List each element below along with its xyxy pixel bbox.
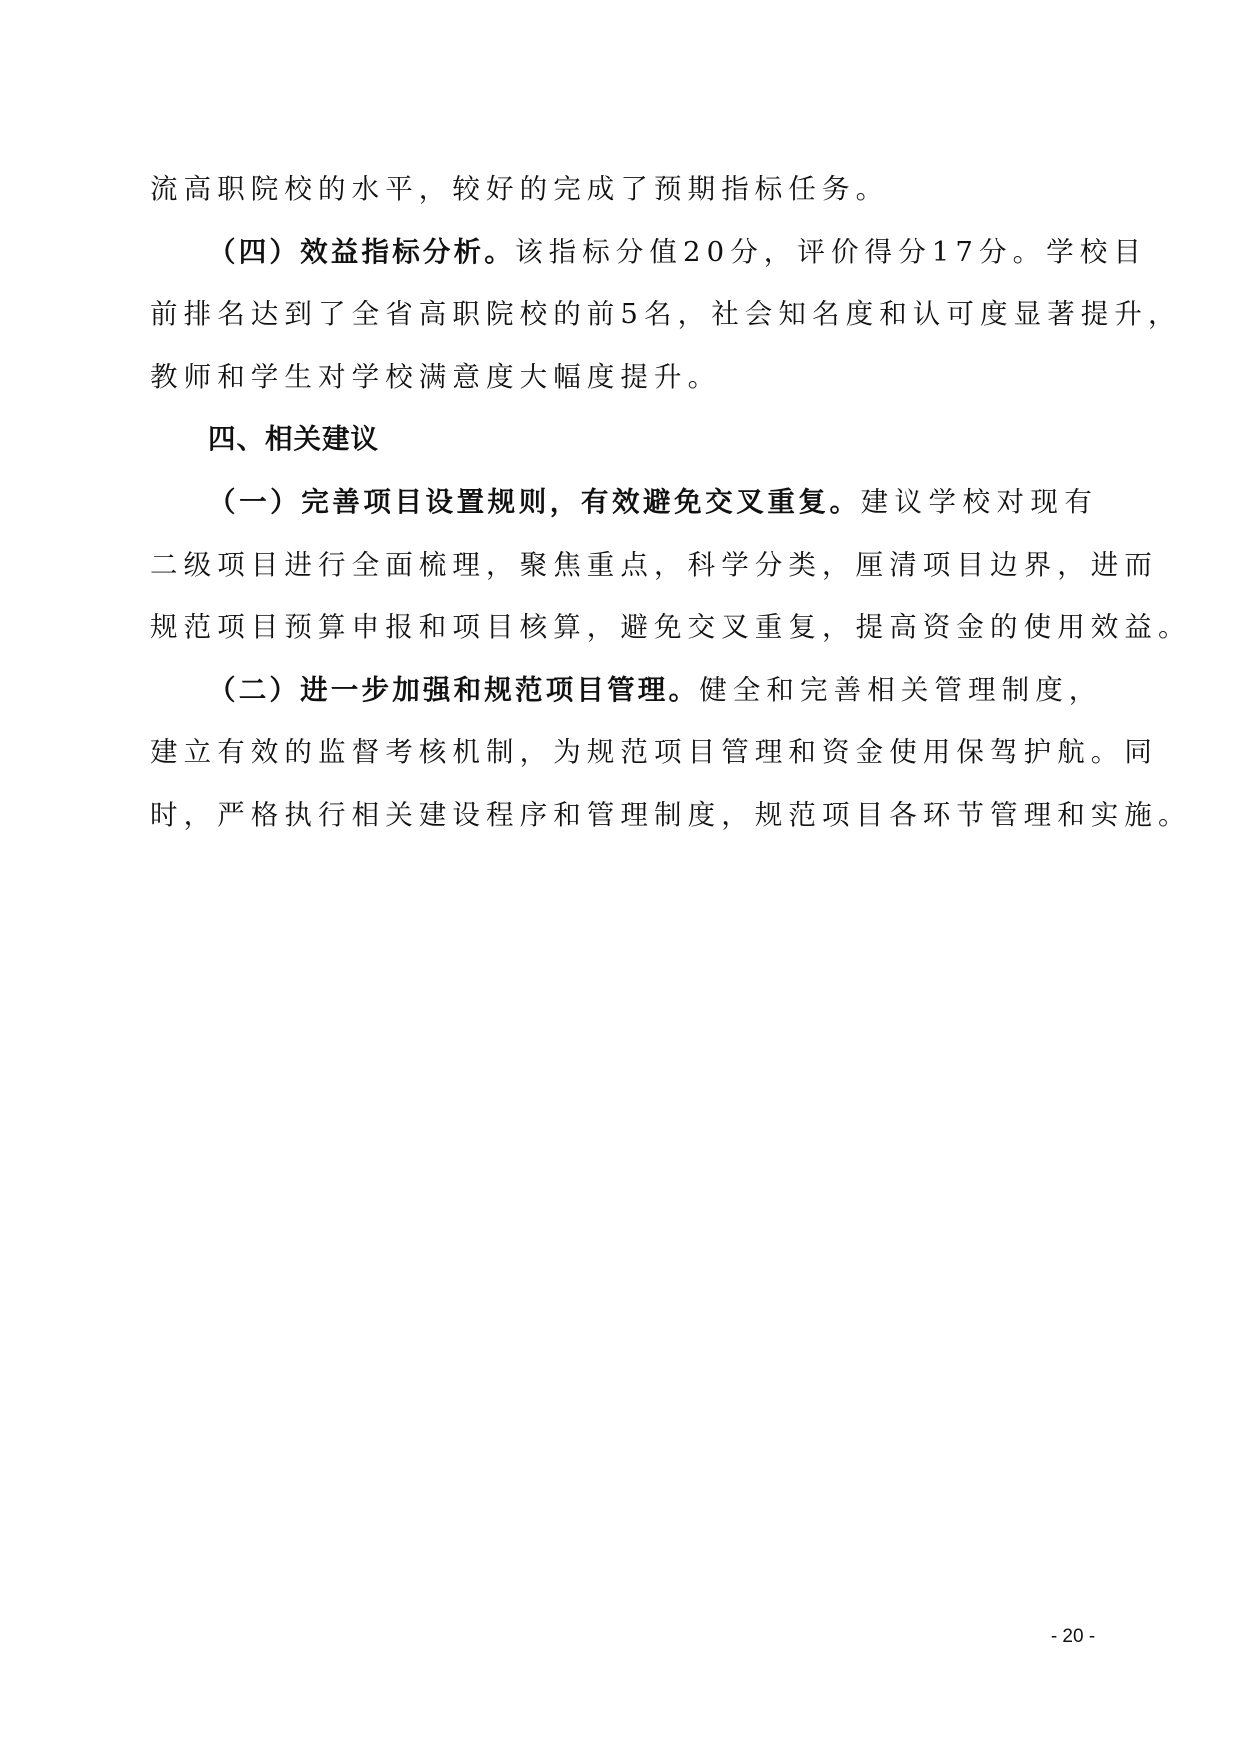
subsection-title: （四）效益指标分析。 [208, 236, 515, 268]
subsection-project-rules: （一）完善项目设置规则，有效避免交叉重复。建议学校对现有 [150, 479, 1098, 542]
page-number: - 20 - [1040, 1626, 1106, 1648]
body-text-line: 教师和学生对学校满意度大幅度提升。 [150, 361, 721, 393]
paragraph-line: 流高职院校的水平，较好的完成了预期指标任务。 [150, 166, 1098, 229]
body-text-line: 建议学校对现有 [861, 486, 1098, 518]
section-heading: 四、相关建议 [150, 416, 1098, 479]
body-text-line: 规范项目预算申报和项目核算，避免交叉重复，提高资金的使用效益。 [150, 611, 1192, 643]
body-text: 流高职院校的水平，较好的完成了预期指标任务。 （四）效益指标分析。该指标分值20… [150, 166, 1098, 855]
paragraph-line: 教师和学生对学校满意度大幅度提升。 [150, 354, 1098, 417]
paragraph-line: 规范项目预算申报和项目核算，避免交叉重复，提高资金的使用效益。 [150, 604, 1098, 667]
paragraph-line: 二级项目进行全面梳理，聚焦重点，科学分类，厘清项目边界，进而 [150, 542, 1098, 605]
document-page: 流高职院校的水平，较好的完成了预期指标任务。 （四）效益指标分析。该指标分值20… [0, 0, 1240, 1754]
subsection-project-management: （二）进一步加强和规范项目管理。健全和完善相关管理制度， [150, 667, 1098, 730]
subsection-title: （一）完善项目设置规则，有效避免交叉重复。 [208, 486, 861, 518]
subsection-benefit-indicators: （四）效益指标分析。该指标分值20分，评价得分17分。学校目 [150, 229, 1098, 292]
body-text-line: 二级项目进行全面梳理，聚焦重点，科学分类，厘清项目边界，进而 [150, 549, 1158, 581]
subsection-title: （二）进一步加强和规范项目管理。 [208, 674, 699, 706]
body-text-line: 时，严格执行相关建设程序和管理制度，规范项目各环节管理和实施。 [150, 799, 1192, 831]
body-text-line: 该指标分值20分，评价得分17分。学校目 [515, 236, 1147, 268]
body-text-line: 前排名达到了全省高职院校的前5名，社会知名度和认可度显著提升， [150, 298, 1182, 330]
body-text-line: 健全和完善相关管理制度， [699, 674, 1102, 706]
body-text-line: 建立有效的监督考核机制，为规范项目管理和资金使用保驾护航。同 [150, 736, 1158, 768]
paragraph-line: 时，严格执行相关建设程序和管理制度，规范项目各环节管理和实施。 [150, 792, 1098, 855]
paragraph-line: 建立有效的监督考核机制，为规范项目管理和资金使用保驾护航。同 [150, 729, 1098, 792]
body-text-line: 流高职院校的水平，较好的完成了预期指标任务。 [150, 173, 889, 205]
paragraph-line: 前排名达到了全省高职院校的前5名，社会知名度和认可度显著提升， [150, 291, 1098, 354]
